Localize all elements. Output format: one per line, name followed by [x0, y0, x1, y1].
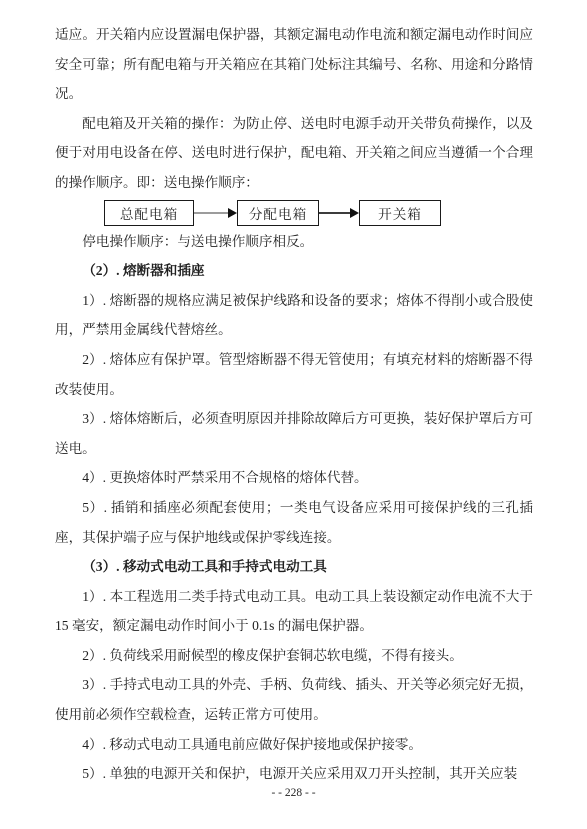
fuse-item-1: 1）. 熔断器的规格应满足被保护线路和设备的要求；熔体不得削小或合股使用，严禁用…	[55, 286, 533, 345]
flow-arrow-1	[194, 208, 237, 218]
flow-box-sub-distribution-box: 分配电箱	[237, 200, 319, 226]
flow-arrow-2	[319, 208, 359, 218]
tool-item-5: 5）. 单独的电源开关和保护，电源开关应采用双刀开头控制，其开关应装	[55, 759, 533, 789]
flow-arrow-2-shaft	[319, 212, 352, 214]
flow-arrow-2-head	[350, 208, 359, 218]
flow-arrow-1-shaft	[194, 212, 230, 214]
heading-power-tools: （3）. 移动式电动工具和手持式电动工具	[55, 552, 533, 582]
tool-item-4: 4）. 移动式电动工具通电前应做好保护接地或保护接零。	[55, 730, 533, 760]
fuse-item-2: 2）. 熔体应有保护罩。管型熔断器不得无管使用；有填充材料的熔断器不得改装使用。	[55, 345, 533, 404]
paragraph-leakage-protector: 适应。开关箱内应设置漏电保护器，其额定漏电动作电流和额定漏电动作时间应安全可靠；…	[55, 20, 533, 109]
flow-box-switch-box: 开关箱	[359, 200, 441, 226]
tool-item-2: 2）. 负荷线采用耐候型的橡皮保护套铜芯软电缆，不得有接头。	[55, 641, 533, 671]
document-page: 适应。开关箱内应设置漏电保护器，其额定漏电动作电流和额定漏电动作时间应安全可靠；…	[0, 0, 587, 829]
fuse-item-4: 4）. 更换熔体时严禁采用不合规格的熔体代替。	[55, 463, 533, 493]
fuse-item-3: 3）. 熔体熔断后，必须查明原因并排除故障后方可更换，装好保护罩后方可送电。	[55, 404, 533, 463]
power-on-sequence-flowchart: 总配电箱 分配电箱 开关箱	[104, 200, 533, 226]
tool-item-3: 3）. 手持式电动工具的外壳、手柄、负荷线、插头、开关等必须完好无损，使用前必须…	[55, 670, 533, 729]
flow-arrow-1-head	[228, 208, 237, 218]
tool-item-1: 1）. 本工程选用二类手持式电动工具。电动工具上装设额定动作电流不大于 15 毫…	[55, 582, 533, 641]
paragraph-operation-order: 配电箱及开关箱的操作：为防止停、送电时电源手动开关带负荷操作，以及便于对用电设备…	[55, 109, 533, 198]
flow-box-main-distribution-box: 总配电箱	[104, 200, 194, 226]
page-number: - - 228 - -	[0, 787, 587, 799]
paragraph-power-off-order: 停电操作顺序：与送电操作顺序相反。	[55, 227, 533, 257]
fuse-item-5: 5）. 插销和插座必须配套使用；一类电气设备应采用可接保护线的三孔插座，其保护端…	[55, 493, 533, 552]
heading-fuse-and-socket: （2）. 熔断器和插座	[55, 256, 533, 286]
